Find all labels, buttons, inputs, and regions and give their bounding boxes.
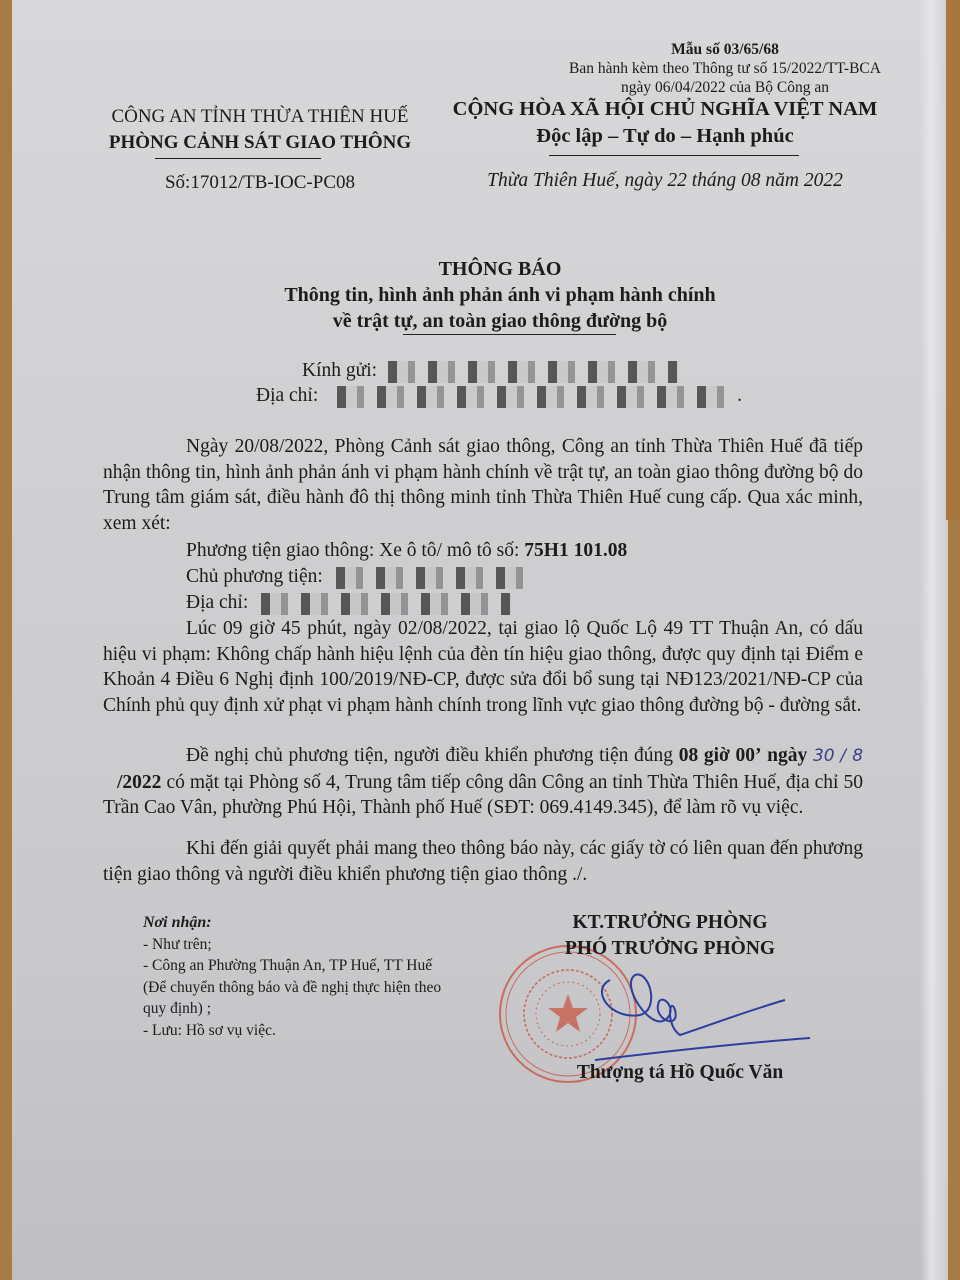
national-header: CỘNG HÒA XÃ HỘI CHỦ NGHĨA VIỆT NAM Độc l…: [430, 96, 900, 150]
title-subtitle-2: về trật tự, an toàn giao thông đường bộ: [240, 308, 760, 334]
recipient-item: quy định) ;: [143, 998, 441, 1020]
place-date: Thừa Thiên Huế, ngày 22 tháng 08 năm 202…: [460, 170, 870, 192]
handwritten-month: 8: [852, 746, 863, 766]
owner-info: Chủ phương tiện:: [186, 564, 526, 590]
redacted-recipient-name: [388, 361, 678, 383]
body-paragraph-2: Lúc 09 giờ 45 phút, ngày 02/08/2022, tại…: [103, 616, 863, 718]
form-issued-date: ngày 06/04/2022 của Bộ Công an: [540, 78, 910, 97]
signer-name: Thượng tá Hồ Quốc Văn: [520, 1062, 840, 1084]
appointment-day-label: ngày: [767, 745, 807, 766]
vehicle-plate: 75H1 101.08: [524, 540, 627, 561]
owner-label: Chủ phương tiện:: [186, 566, 323, 587]
owner-address-label: Địa chỉ:: [186, 592, 248, 613]
body-paragraph-3: Đề nghị chủ phương tiện, người điều khiể…: [103, 743, 863, 821]
agency-department: PHÒNG CẢNH SÁT GIAO THÔNG: [60, 130, 460, 156]
recipients-list: Nơi nhận: - Như trên; - Công an Phường T…: [143, 912, 441, 1041]
recipient-item: - Công an Phường Thuận An, TP Huế, TT Hu…: [143, 955, 441, 977]
title-subtitle-1: Thông tin, hình ảnh phản ánh vi phạm hàn…: [240, 282, 760, 308]
document-title: THÔNG BÁO Thông tin, hình ảnh phản ánh v…: [240, 256, 760, 334]
body-paragraph-4: Khi đến giải quyết phải mang theo thông …: [103, 836, 863, 887]
body-paragraph-1: Ngày 20/08/2022, Phòng Cảnh sát giao thô…: [103, 434, 863, 536]
document-number: Số:17012/TB-IOC-PC08: [60, 172, 460, 194]
appointment-location: có mặt tại Phòng số 4, Trung tâm tiếp cô…: [103, 772, 863, 819]
appointment-year: /2022: [117, 772, 161, 793]
recipient-item: - Như trên;: [143, 934, 441, 956]
country-name: CỘNG HÒA XÃ HỘI CHỦ NGHĨA VIỆT NAM: [430, 96, 900, 123]
appointment-time: 08 giờ 00’: [679, 745, 762, 766]
recipient-address-label: Địa chỉ:: [256, 385, 318, 406]
agency-header: CÔNG AN TỈNH THỪA THIÊN HUẾ PHÒNG CẢNH S…: [60, 104, 460, 156]
title-underline: [403, 334, 616, 335]
title-heading: THÔNG BÁO: [240, 256, 760, 282]
form-reference: Mẫu số 03/65/68 Ban hành kèm theo Thông …: [540, 40, 910, 97]
agency-underline: [155, 158, 321, 159]
recipients-heading: Nơi nhận:: [143, 912, 441, 934]
vehicle-label: Phương tiện giao thông: Xe ô tô/ mô tô s…: [186, 540, 519, 561]
motto-underline: [549, 155, 799, 156]
owner-address-info: Địa chỉ:: [186, 590, 511, 616]
redacted-owner-address: [261, 593, 511, 615]
recipient-item: - Lưu: Hồ sơ vụ việc.: [143, 1020, 441, 1042]
signature-block: KT.TRƯỞNG PHÒNG PHÓ TRƯỞNG PHÒNG: [500, 910, 840, 962]
paper-edge: [920, 0, 948, 1280]
recipient-to-label: Kính gửi:: [302, 360, 377, 381]
redacted-owner-name: [336, 567, 526, 589]
appointment-intro: Đề nghị chủ phương tiện, người điều khiể…: [186, 745, 673, 766]
recipient-item: (Để chuyển thông báo và đề nghị thực hiệ…: [143, 977, 441, 999]
recipient-to: Kính gửi:: [302, 360, 678, 383]
national-motto: Độc lập – Tự do – Hạnh phúc: [430, 123, 900, 150]
handwritten-signature-icon: [570, 960, 810, 1070]
form-number: Mẫu số 03/65/68: [540, 40, 910, 59]
signature-position: PHÓ TRƯỞNG PHÒNG: [500, 936, 840, 962]
wood-background: [946, 0, 960, 520]
signature-on-behalf: KT.TRƯỞNG PHÒNG: [500, 910, 840, 936]
recipient-address: Địa chỉ: .: [256, 385, 742, 408]
form-issued-with: Ban hành kèm theo Thông tư số 15/2022/TT…: [540, 59, 910, 78]
vehicle-info: Phương tiện giao thông: Xe ô tô/ mô tô s…: [186, 538, 627, 564]
redacted-recipient-address: [337, 386, 737, 408]
handwritten-day: 30: [813, 746, 835, 766]
agency-parent: CÔNG AN TỈNH THỪA THIÊN HUẾ: [60, 104, 460, 130]
